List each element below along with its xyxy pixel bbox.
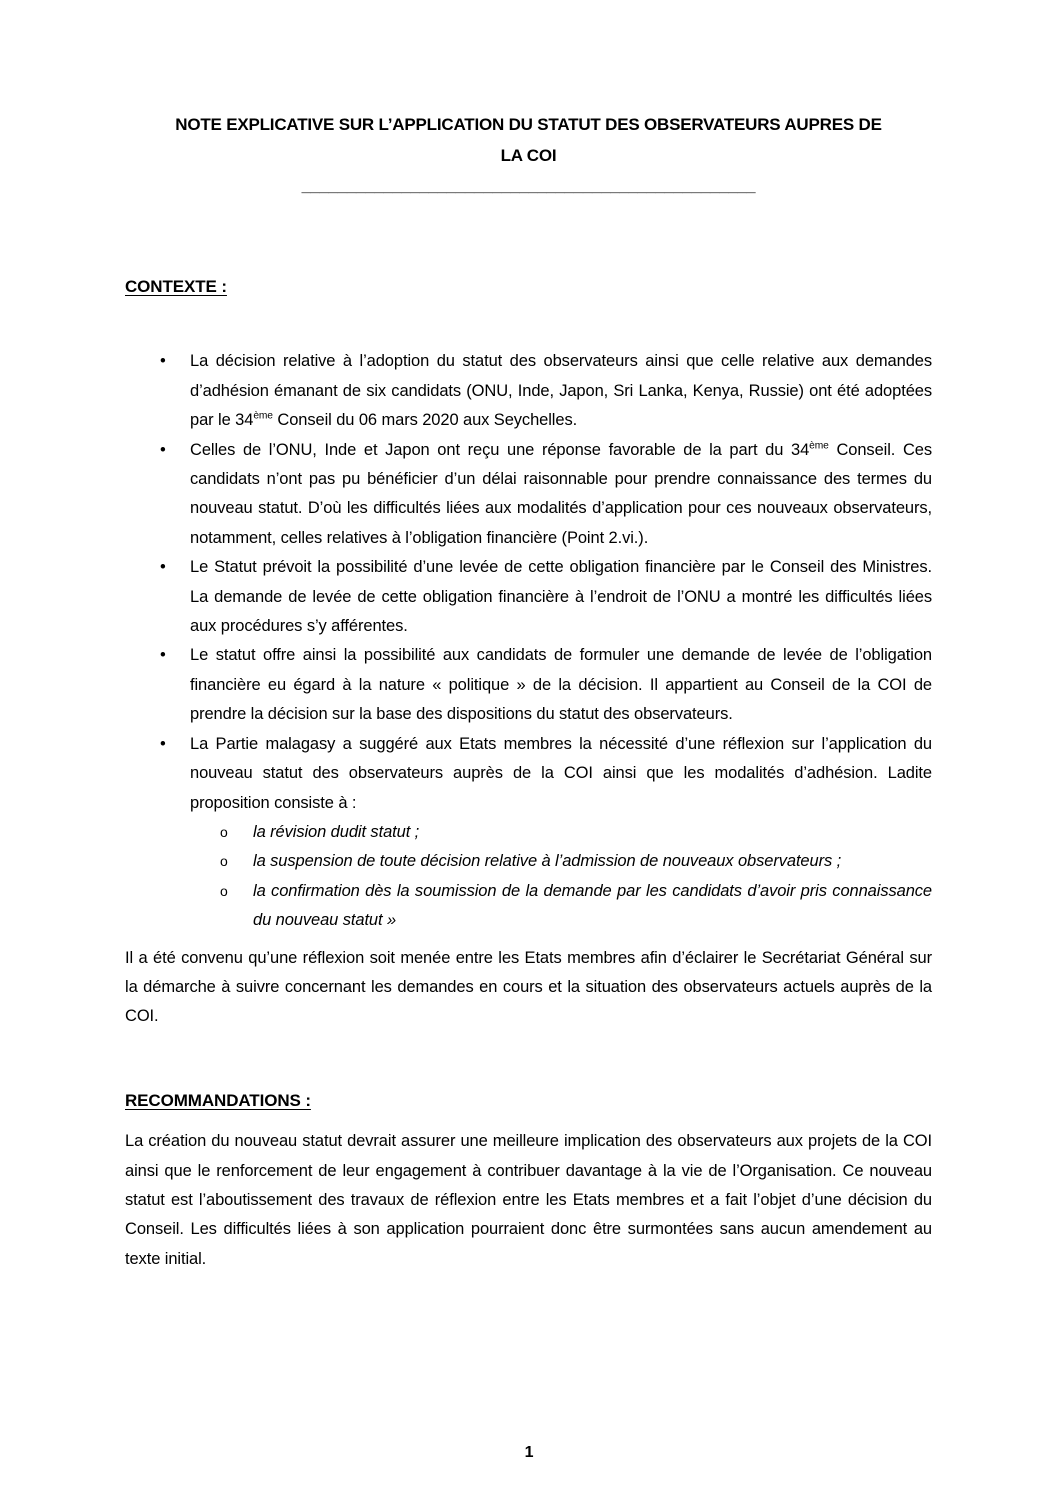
sub-list-item: la suspension de toute décision relative… xyxy=(190,847,932,876)
section-heading-contexte: CONTEXTE : xyxy=(125,272,932,301)
bullet-text: Le Statut prévoit la possibilité d’une l… xyxy=(190,558,932,635)
bullet-text: Conseil du 06 mars 2020 aux Seychelles. xyxy=(273,411,577,429)
page-title: NOTE EXPLICATIVE SUR L’APPLICATION DU ST… xyxy=(125,109,932,171)
list-item: Celles de l’ONU, Inde et Japon ont reçu … xyxy=(125,436,932,554)
section-heading-recommandations: RECOMMANDATIONS : xyxy=(125,1086,932,1115)
list-item: La Partie malagasy a suggéré aux Etats m… xyxy=(125,730,932,936)
sub-list-item: la révision dudit statut ; xyxy=(190,818,932,847)
page-title-line1: NOTE EXPLICATIVE SUR L’APPLICATION DU ST… xyxy=(125,109,932,140)
title-separator: ________________________________________… xyxy=(125,171,932,202)
list-item: Le Statut prévoit la possibilité d’une l… xyxy=(125,553,932,641)
list-item: La décision relative à l’adoption du sta… xyxy=(125,347,932,435)
context-sub-bullet-list: la révision dudit statut ; la suspension… xyxy=(190,818,932,936)
bullet-text: Celles de l’ONU, Inde et Japon ont reçu … xyxy=(190,441,809,459)
closing-paragraph: Il a été convenu qu’une réflexion soit m… xyxy=(125,944,932,1032)
superscript-eme: ème xyxy=(253,411,273,422)
list-item: Le statut offre ainsi la possibilité aux… xyxy=(125,641,932,729)
bullet-text: La Partie malagasy a suggéré aux Etats m… xyxy=(190,735,932,812)
bullet-text: Le statut offre ainsi la possibilité aux… xyxy=(190,646,932,723)
superscript-eme: ème xyxy=(809,440,829,451)
document-page: NOTE EXPLICATIVE SUR L’APPLICATION DU ST… xyxy=(0,0,1058,1497)
page-title-line2: LA COI xyxy=(125,140,932,171)
context-bullet-list: La décision relative à l’adoption du sta… xyxy=(125,347,932,935)
sub-list-item: la confirmation dès la soumission de la … xyxy=(190,877,932,936)
recommendations-paragraph: La création du nouveau statut devrait as… xyxy=(125,1127,932,1274)
page-number: 1 xyxy=(0,1438,1058,1467)
